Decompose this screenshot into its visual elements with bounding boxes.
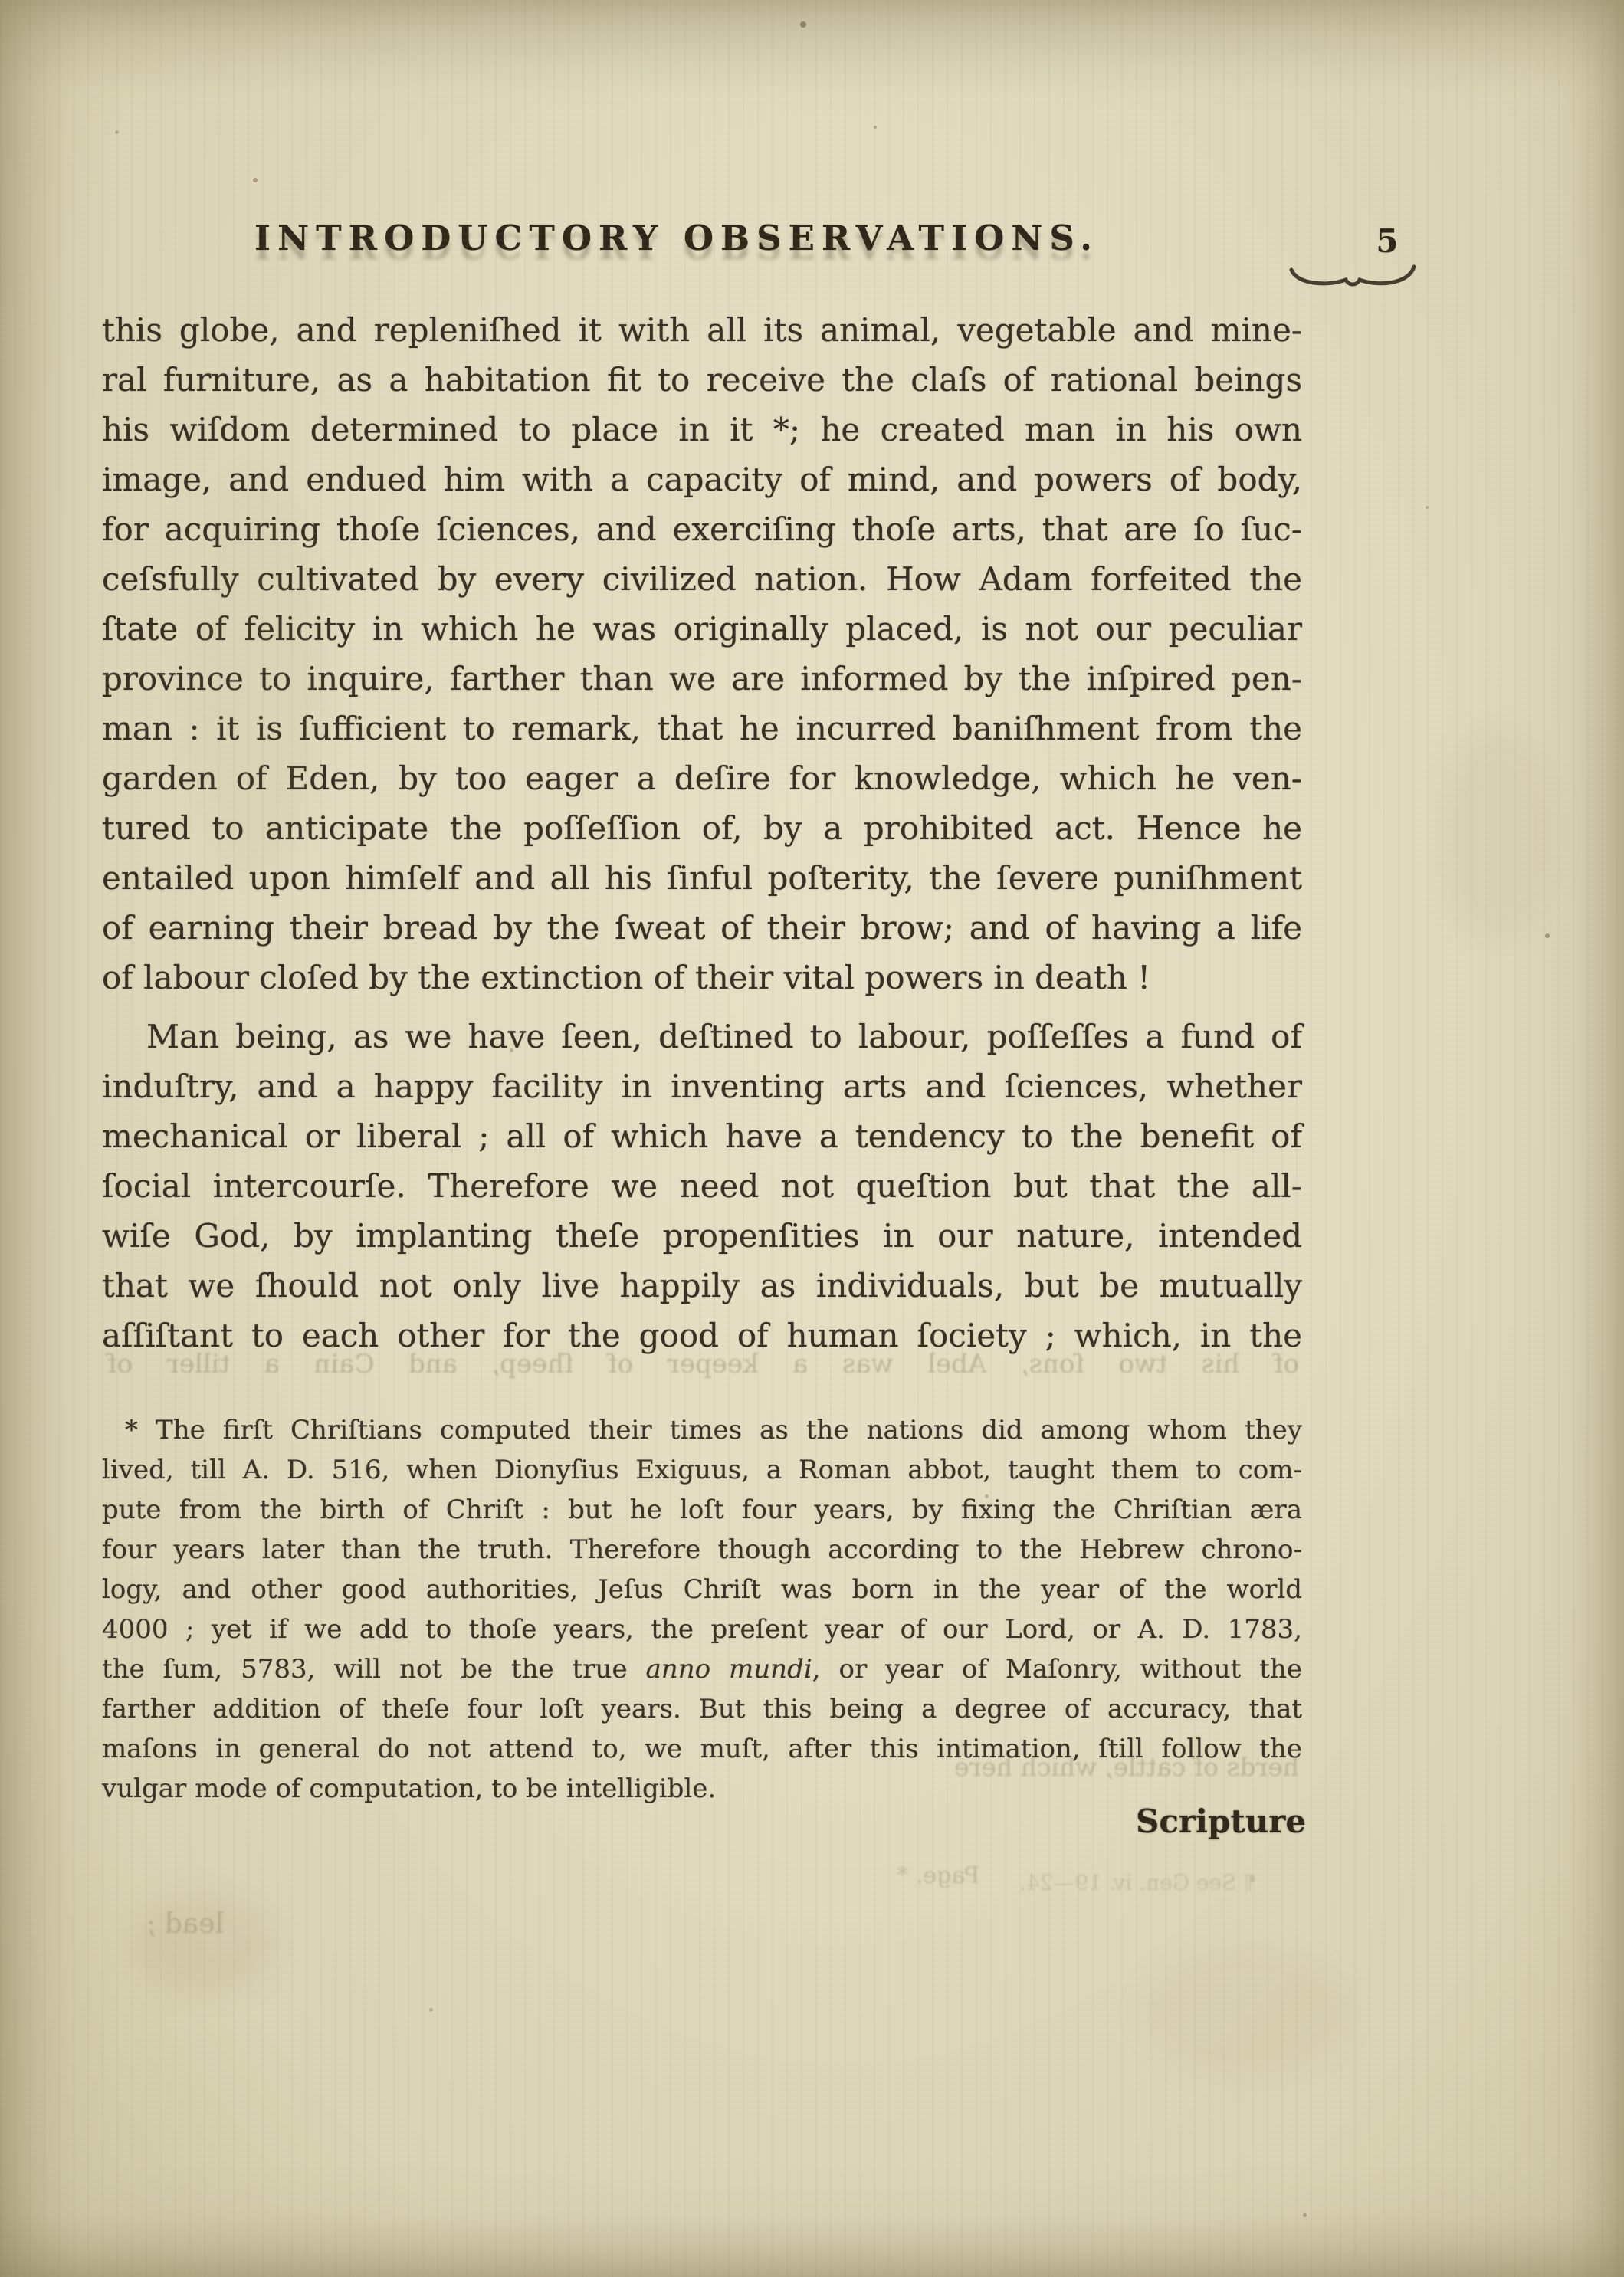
- body-paragraph-1: this globe, and repleniſhed it with all …: [102, 305, 1302, 1002]
- text-line: wiſe God, by implanting theſe propenſiti…: [102, 1211, 1302, 1261]
- paper-speck: [253, 178, 258, 182]
- footnote-text: , or year of Maſonry, without the: [812, 1654, 1302, 1685]
- showthrough-text: ¶ See Gen. iv. 19—24.: [996, 1870, 1257, 1895]
- text-line: of earning their bread by the ſweat of t…: [102, 903, 1302, 953]
- text-line: mechanical or liberal ; all of which hav…: [102, 1111, 1302, 1161]
- text-line: Man being, as we have ſeen, deſtined to …: [102, 1012, 1302, 1061]
- showthrough-text: Page. *: [857, 1862, 979, 1889]
- text-line: tured to anticipate the poſſeſſion of, b…: [102, 803, 1302, 853]
- footnote-line: farther addition of theſe four loſt year…: [102, 1689, 1302, 1729]
- paper-stain: [1142, 1947, 1349, 2077]
- paper-speck: [115, 130, 119, 134]
- footnote-italic-text: anno mundi: [646, 1654, 812, 1685]
- text-line: garden of Eden, by too eager a deſire fo…: [102, 753, 1302, 803]
- page-title: INTRODUCTORY OBSERVATIONS.: [254, 218, 1099, 258]
- catchword: Scripture: [1136, 1803, 1306, 1840]
- footnote-line: logy, and other good authorities, Jeſus …: [102, 1570, 1302, 1609]
- text-line: that we ſhould not only live happily as …: [102, 1261, 1302, 1311]
- paper-stain: [130, 1893, 276, 1993]
- footnote-line: 4000 ; yet if we add to thoſe years, the…: [102, 1609, 1302, 1649]
- text-line: ral furniture, as a habitation fit to re…: [102, 355, 1302, 405]
- paper-speck: [800, 21, 806, 28]
- footnote: * The firſt Chriſtians computed their ti…: [102, 1410, 1302, 1809]
- footnote-line: lived, till A. D. 516, when Dionyſius Ex…: [102, 1450, 1302, 1490]
- footnote-line: * The firſt Chriſtians computed their ti…: [102, 1410, 1302, 1450]
- text-line: entailed upon himſelf and all his ſinful…: [102, 853, 1302, 903]
- text-line: man : it is ſufficient to remark, that h…: [102, 704, 1302, 753]
- paper-speck: [1545, 933, 1550, 938]
- text-line: ceſsfully cultivated by every civilized …: [102, 554, 1302, 604]
- text-line: image, and endued him with a capacity of…: [102, 454, 1302, 504]
- paper-speck: [1303, 2213, 1307, 2217]
- footnote-line: the ſum, 5783, will not be the true anno…: [102, 1649, 1302, 1689]
- text-line: province to inquire, farther than we are…: [102, 654, 1302, 704]
- page-number: 5: [1341, 222, 1433, 260]
- text-line: ſtate of felicity in which he was origin…: [102, 604, 1302, 654]
- text-line: for acquiring thoſe ſciences, and exerci…: [102, 504, 1302, 554]
- text-line: ſocial intercourſe. Therefore we need no…: [102, 1161, 1302, 1211]
- text-line: induſtry, and a happy facility in invent…: [102, 1061, 1302, 1111]
- footnote-text: the ſum, 5783, will not be the true: [102, 1654, 646, 1685]
- paper-speck: [429, 2008, 433, 2012]
- footnote-line: four years later than the truth. Therefo…: [102, 1530, 1302, 1570]
- page-number-flourish-icon: [1288, 259, 1418, 296]
- text-line: his wiſdom determined to place in it *; …: [102, 405, 1302, 454]
- paper-speck: [874, 126, 877, 129]
- text-line: this globe, and repleniſhed it with all …: [102, 305, 1302, 355]
- footnote-line: pute from the birth of Chriſt : but he l…: [102, 1490, 1302, 1530]
- body-paragraph-2: Man being, as we have ſeen, deſtined to …: [102, 1012, 1302, 1360]
- paper-speck: [1426, 506, 1429, 509]
- footnote-line: maſons in general do not attend to, we m…: [102, 1729, 1302, 1769]
- paper-stain: [1441, 728, 1556, 943]
- showthrough-text: lead ;: [94, 1908, 224, 1940]
- text-line: of labour cloſed by the extinction of th…: [102, 953, 1302, 1002]
- book-page: INTRODUCTORY OBSERVATIONS. 5 this globe,…: [0, 0, 1624, 2277]
- text-line: aſſiſtant to each other for the good of …: [102, 1311, 1302, 1360]
- footnote-line: vulgar mode of computation, to be intell…: [102, 1769, 1302, 1809]
